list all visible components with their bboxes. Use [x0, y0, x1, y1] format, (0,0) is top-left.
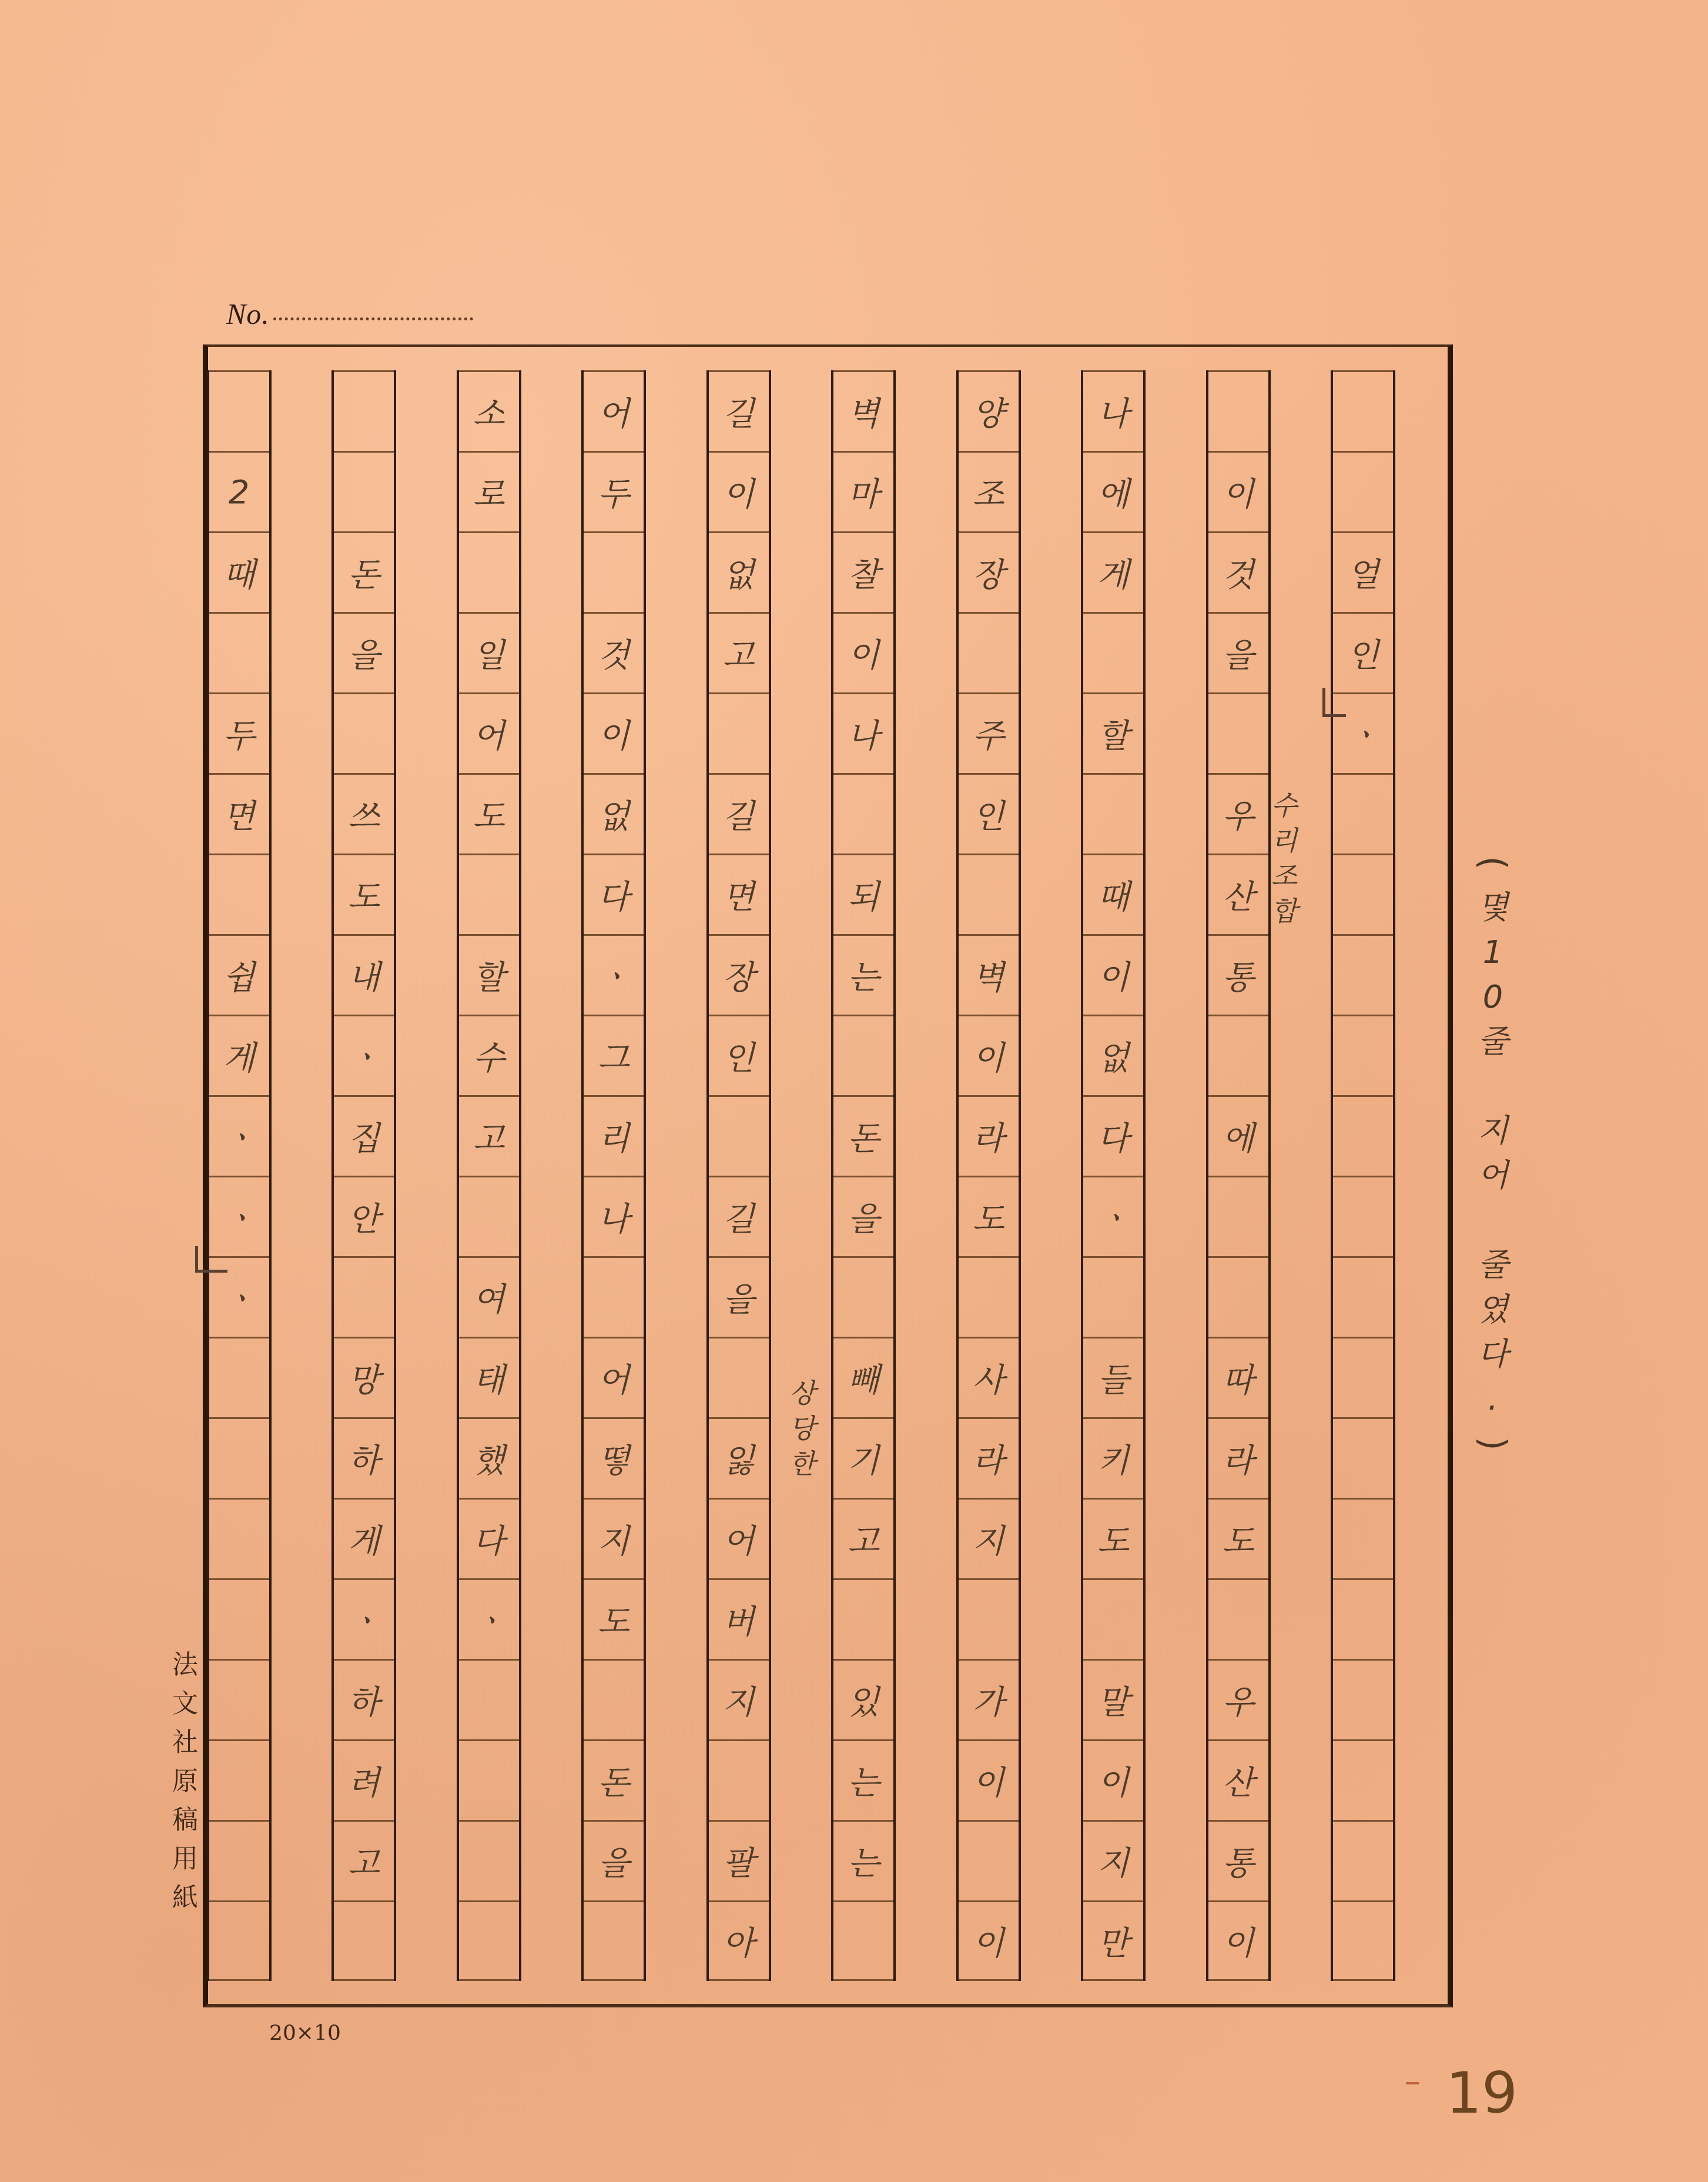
manuscript-cell [209, 1739, 269, 1820]
manuscript-column: 이것을우산통에따라도우산통이 [1206, 370, 1271, 1981]
manuscript-cell: 도 [1083, 1498, 1143, 1578]
manuscript-column: 2때두면쉽게ㆍㆍㆍ [207, 370, 272, 1981]
manuscript-cell: 이 [1208, 1900, 1268, 1981]
manuscript-cell: 고 [833, 1498, 893, 1578]
manuscript-cell [459, 1820, 519, 1900]
manuscript-cell: 장 [709, 934, 769, 1015]
publisher-label-char: 紙 [170, 1879, 200, 1917]
manuscript-cell [334, 1900, 394, 1981]
manuscript-cell: 는 [833, 934, 893, 1015]
publisher-label-char: 文 [170, 1685, 200, 1723]
manuscript-cell: 라 [959, 1095, 1019, 1176]
manuscript-cell: 길 [709, 1176, 769, 1256]
manuscript-cell: 조 [959, 451, 1019, 531]
manuscript-cell: 이 [1083, 934, 1143, 1015]
manuscript-cell: 라 [1208, 1417, 1268, 1498]
manuscript-cell: 을 [1208, 612, 1268, 692]
manuscript-cell [709, 1337, 769, 1417]
manuscript-cell [209, 370, 269, 451]
manuscript-cell: ㆍ [584, 934, 644, 1015]
manuscript-cell: 들 [1083, 1337, 1143, 1417]
manuscript-cell [709, 1739, 769, 1820]
insertion-char: 조 [1267, 858, 1302, 893]
manuscript-cell [833, 773, 893, 854]
manuscript-cell [1333, 1337, 1393, 1417]
manuscript-cell: 두 [209, 692, 269, 773]
manuscript-cell: 길 [709, 370, 769, 451]
manuscript-cell: 면 [709, 854, 769, 934]
manuscript-cell: 에 [1083, 451, 1143, 531]
manuscript-cell [959, 1820, 1019, 1900]
manuscript-cell [209, 1659, 269, 1739]
manuscript-cell [209, 1337, 269, 1417]
manuscript-cell [1333, 1900, 1393, 1981]
manuscript-cell [209, 1417, 269, 1498]
manuscript-cell [1208, 692, 1268, 773]
manuscript-cell: 말 [1083, 1659, 1143, 1739]
manuscript-cell: 산 [1208, 1739, 1268, 1820]
margin-note-char: 줄 [1472, 1243, 1513, 1287]
manuscript-cell: 팔 [709, 1820, 769, 1900]
manuscript-cell: 벽 [833, 370, 893, 451]
manuscript-cell: 사 [959, 1337, 1019, 1417]
manuscript-cell: 지 [709, 1659, 769, 1739]
manuscript-cell [584, 1256, 644, 1337]
manuscript-cell: 가 [959, 1659, 1019, 1739]
manuscript-cell: 때 [1083, 854, 1143, 934]
manuscript-cell: 을 [833, 1176, 893, 1256]
manuscript-cell [959, 612, 1019, 692]
manuscript-cell [1333, 1417, 1393, 1498]
manuscript-cell [334, 692, 394, 773]
manuscript-cell [334, 451, 394, 531]
manuscript-cell: ㆍ [334, 1578, 394, 1659]
manuscript-cell: 고 [334, 1820, 394, 1900]
manuscript-page: No. 얼인ㆍ이것을우산통에따라도우산통이나에게할때이없다ㆍ들키도말이지만양조장… [0, 0, 1708, 2182]
manuscript-cell: 로 [459, 451, 519, 531]
manuscript-cell: 이 [1083, 1739, 1143, 1820]
manuscript-cell: 수 [459, 1015, 519, 1095]
manuscript-cell: 지 [959, 1498, 1019, 1578]
page-number: 19 [1446, 2060, 1518, 2126]
manuscript-cell [1208, 1256, 1268, 1337]
publisher-label-char: 原 [170, 1762, 200, 1801]
manuscript-cell: 없 [709, 531, 769, 612]
manuscript-cell: 인 [1333, 612, 1393, 692]
manuscript-cell [1208, 1176, 1268, 1256]
manuscript-cell [584, 1659, 644, 1739]
margin-note-char: 다 [1472, 1332, 1513, 1377]
manuscript-cell: 통 [1208, 934, 1268, 1015]
manuscript-cell [1333, 1739, 1393, 1820]
insertion-char: 리 [1267, 823, 1302, 858]
manuscript-cell: 산 [1208, 854, 1268, 934]
manuscript-cell [1083, 612, 1143, 692]
manuscript-cell [1333, 1820, 1393, 1900]
manuscript-cell: 양 [959, 370, 1019, 451]
correction-mark [1322, 688, 1325, 717]
manuscript-column: 길이없고길면장인길을잃어버지팔아 [706, 370, 771, 1981]
publisher-label: 法文社原稿用紙 [170, 1646, 200, 1917]
manuscript-cell: 게 [1083, 531, 1143, 612]
manuscript-cell: 지 [1083, 1820, 1143, 1900]
manuscript-cell: 나 [1083, 370, 1143, 451]
manuscript-cell [1208, 370, 1268, 451]
manuscript-cell [833, 1256, 893, 1337]
manuscript-cell [209, 1578, 269, 1659]
manuscript-cell [459, 1739, 519, 1820]
manuscript-column: 어두것이없다ㆍ그리나어떻지도돈을 [581, 370, 646, 1981]
manuscript-cell: 2 [209, 451, 269, 531]
manuscript-cell: ㆍ [209, 1095, 269, 1176]
manuscript-cell: ㆍ [209, 1176, 269, 1256]
manuscript-cell [833, 1578, 893, 1659]
margin-note-char: 줄 [1472, 1019, 1513, 1064]
margin-note-char: 몇 [1472, 885, 1513, 930]
manuscript-cell [1333, 934, 1393, 1015]
manuscript-cell [209, 1498, 269, 1578]
manuscript-cell [209, 854, 269, 934]
manuscript-cell: 떻 [584, 1417, 644, 1498]
margin-note-char: 1 [1472, 930, 1513, 975]
manuscript-cell: 때 [209, 531, 269, 612]
manuscript-cell: 그 [584, 1015, 644, 1095]
manuscript-cell [1333, 370, 1393, 451]
manuscript-cell: 다 [1083, 1095, 1143, 1176]
manuscript-cell: 두 [584, 451, 644, 531]
manuscript-cell: 인 [959, 773, 1019, 854]
manuscript-cell: 리 [584, 1095, 644, 1176]
manuscript-cell: 주 [959, 692, 1019, 773]
manuscript-cell: 통 [1208, 1820, 1268, 1900]
margin-note-char: 어 [1472, 1153, 1513, 1198]
manuscript-column: 소로일어도할수고여태했다ㆍ [457, 370, 521, 1981]
correction-mark [195, 1246, 198, 1273]
manuscript-column: 벽마찰이나되는돈을빼기고있는는 [831, 370, 896, 1981]
manuscript-cell: 이 [833, 612, 893, 692]
insertion-char: 수 [1267, 788, 1302, 823]
manuscript-cell [959, 1256, 1019, 1337]
manuscript-cell: ㆍ [1333, 692, 1393, 773]
manuscript-cell: 인 [709, 1015, 769, 1095]
margin-note-char: . [1472, 1377, 1513, 1421]
manuscript-cell: 태 [459, 1337, 519, 1417]
manuscript-cell: 이 [959, 1739, 1019, 1820]
manuscript-cell: 도 [334, 854, 394, 934]
insertion-char: 당 [785, 1411, 820, 1446]
manuscript-cell: 없 [1083, 1015, 1143, 1095]
manuscript-cell: 집 [334, 1095, 394, 1176]
manuscript-cell: 돈 [584, 1739, 644, 1820]
manuscript-cell: 이 [1208, 451, 1268, 531]
manuscript-cell: 나 [833, 692, 893, 773]
manuscript-column: 나에게할때이없다ㆍ들키도말이지만 [1081, 370, 1146, 1981]
manuscript-cell: 소 [459, 370, 519, 451]
manuscript-cell: 이 [584, 692, 644, 773]
manuscript-cell: 하 [334, 1417, 394, 1498]
manuscript-cell: 우 [1208, 1659, 1268, 1739]
manuscript-cell: 빼 [833, 1337, 893, 1417]
manuscript-cell: 여 [459, 1256, 519, 1337]
publisher-label-char: 法 [170, 1646, 200, 1685]
manuscript-cell: 찰 [833, 531, 893, 612]
manuscript-cell [1333, 1095, 1393, 1176]
manuscript-cell: ㆍ [1083, 1176, 1143, 1256]
margin-note-char: ) [1471, 1423, 1515, 1464]
manuscript-column: 얼인ㆍ [1331, 370, 1395, 1981]
manuscript-cell: 했 [459, 1417, 519, 1498]
insertion-char: 합 [1267, 893, 1302, 929]
manuscript-cell: 따 [1208, 1337, 1268, 1417]
manuscript-cell: 다 [584, 854, 644, 934]
manuscript-cell: 을 [709, 1256, 769, 1337]
manuscript-cell [584, 1900, 644, 1981]
manuscript-cell [459, 531, 519, 612]
manuscript-cell: 얼 [1333, 531, 1393, 612]
manuscript-cell [584, 531, 644, 612]
manuscript-cell: 이 [959, 1015, 1019, 1095]
manuscript-grid-frame: 얼인ㆍ이것을우산통에따라도우산통이나에게할때이없다ㆍ들키도말이지만양조장주인벽이… [203, 344, 1453, 2007]
manuscript-cell [459, 854, 519, 934]
manuscript-cell: 나 [584, 1176, 644, 1256]
manuscript-cell [334, 1256, 394, 1337]
insertion-char: 한 [785, 1446, 820, 1481]
manuscript-cell [709, 1095, 769, 1176]
page-number-dash [1406, 2082, 1419, 2084]
manuscript-cell: 어 [459, 692, 519, 773]
manuscript-cell: 는 [833, 1820, 893, 1900]
manuscript-cell [209, 1820, 269, 1900]
manuscript-cell [1208, 1015, 1268, 1095]
manuscript-cell: ㆍ [334, 1015, 394, 1095]
margin-note-char: 지 [1472, 1109, 1513, 1153]
manuscript-cell [833, 1900, 893, 1981]
manuscript-cell: 도 [1208, 1498, 1268, 1578]
manuscript-cell [1333, 1498, 1393, 1578]
manuscript-cell: 일 [459, 612, 519, 692]
grid-spec-label: 20×10 [269, 2021, 341, 2045]
manuscript-cell: 다 [459, 1498, 519, 1578]
manuscript-cell: ㆍ [209, 1256, 269, 1337]
correction-mark [195, 1270, 227, 1273]
manuscript-cell [1333, 1256, 1393, 1337]
manuscript-cell: ㆍ [459, 1578, 519, 1659]
manuscript-cell [1333, 1015, 1393, 1095]
manuscript-cell [1083, 1256, 1143, 1337]
manuscript-cell: 도 [584, 1578, 644, 1659]
publisher-label-char: 社 [170, 1723, 200, 1762]
manuscript-cell: 어 [584, 1337, 644, 1417]
number-label: No. [226, 297, 270, 331]
manuscript-column: 돈을쓰도내ㆍ집안망하게ㆍ하려고 [331, 370, 396, 1981]
margin-note: (몇10줄 지어 줄였다.) [1472, 841, 1513, 1466]
publisher-label-char: 稿 [170, 1801, 200, 1840]
manuscript-cell: 안 [334, 1176, 394, 1256]
manuscript-cell [1333, 854, 1393, 934]
manuscript-cell: 내 [334, 934, 394, 1015]
manuscript-cell: 것 [584, 612, 644, 692]
manuscript-cell: 을 [334, 612, 394, 692]
correction-mark [1322, 714, 1346, 717]
manuscript-cell: 할 [1083, 692, 1143, 773]
manuscript-cell: 할 [459, 934, 519, 1015]
manuscript-cell: 돈 [833, 1095, 893, 1176]
insertion-annotation: 상당한 [785, 1376, 820, 1481]
manuscript-cell: 이 [959, 1900, 1019, 1981]
manuscript-cell: 벽 [959, 934, 1019, 1015]
manuscript-cell: 길 [709, 773, 769, 854]
manuscript-cell: 쓰 [334, 773, 394, 854]
manuscript-cell [959, 1578, 1019, 1659]
manuscript-cell: 도 [459, 773, 519, 854]
manuscript-cell: 도 [959, 1176, 1019, 1256]
manuscript-cell: 을 [584, 1820, 644, 1900]
manuscript-cell: 없 [584, 773, 644, 854]
manuscript-cell: 에 [1208, 1095, 1268, 1176]
margin-note-char [1472, 1198, 1513, 1243]
manuscript-cell: 기 [833, 1417, 893, 1498]
manuscript-cell [833, 1015, 893, 1095]
manuscript-cell [1333, 1659, 1393, 1739]
margin-note-char [1472, 1064, 1513, 1109]
manuscript-cell [1333, 1578, 1393, 1659]
manuscript-cell: 우 [1208, 773, 1268, 854]
manuscript-cell: 되 [833, 854, 893, 934]
manuscript-cell: 고 [459, 1095, 519, 1176]
manuscript-cell: 쉽 [209, 934, 269, 1015]
manuscript-cell [1333, 773, 1393, 854]
manuscript-cell: 어 [709, 1498, 769, 1578]
manuscript-cell [459, 1900, 519, 1981]
manuscript-cell: 하 [334, 1659, 394, 1739]
publisher-label-char: 用 [170, 1840, 200, 1879]
manuscript-cell: 버 [709, 1578, 769, 1659]
manuscript-cell: 잃 [709, 1417, 769, 1498]
manuscript-cell: 마 [833, 451, 893, 531]
number-field-dotted-line [273, 317, 473, 320]
manuscript-cell [709, 692, 769, 773]
manuscript-cell [1333, 451, 1393, 531]
manuscript-cell [209, 612, 269, 692]
manuscript-cell: 려 [334, 1739, 394, 1820]
manuscript-cell [334, 370, 394, 451]
manuscript-cell: 돈 [334, 531, 394, 612]
manuscript-cell: 아 [709, 1900, 769, 1981]
manuscript-cell: 어 [584, 370, 644, 451]
manuscript-cell: 고 [709, 612, 769, 692]
margin-note-char: 0 [1472, 975, 1513, 1019]
manuscript-cell: 만 [1083, 1900, 1143, 1981]
manuscript-cell [1333, 1176, 1393, 1256]
manuscript-cell: 있 [833, 1659, 893, 1739]
manuscript-cell: 게 [209, 1015, 269, 1095]
manuscript-cell: 는 [833, 1739, 893, 1820]
manuscript-cell: 라 [959, 1417, 1019, 1498]
manuscript-cell [959, 854, 1019, 934]
margin-note-char: 였 [1472, 1287, 1513, 1332]
insertion-char: 상 [785, 1376, 820, 1411]
manuscript-cell: 지 [584, 1498, 644, 1578]
manuscript-cell [459, 1176, 519, 1256]
margin-note-char: ( [1471, 842, 1515, 883]
manuscript-cell: 이 [709, 451, 769, 531]
manuscript-cell: 면 [209, 773, 269, 854]
manuscript-cell: 장 [959, 531, 1019, 612]
manuscript-cell [209, 1900, 269, 1981]
manuscript-column: 양조장주인벽이라도사라지가이이 [956, 370, 1021, 1981]
manuscript-cell: 것 [1208, 531, 1268, 612]
manuscript-cell [459, 1659, 519, 1739]
manuscript-cell [1083, 773, 1143, 854]
manuscript-cell: 망 [334, 1337, 394, 1417]
manuscript-cell: 키 [1083, 1417, 1143, 1498]
manuscript-cell [1208, 1578, 1268, 1659]
insertion-annotation: 수리조합 [1267, 788, 1302, 929]
manuscript-cell [1083, 1578, 1143, 1659]
manuscript-cell: 게 [334, 1498, 394, 1578]
